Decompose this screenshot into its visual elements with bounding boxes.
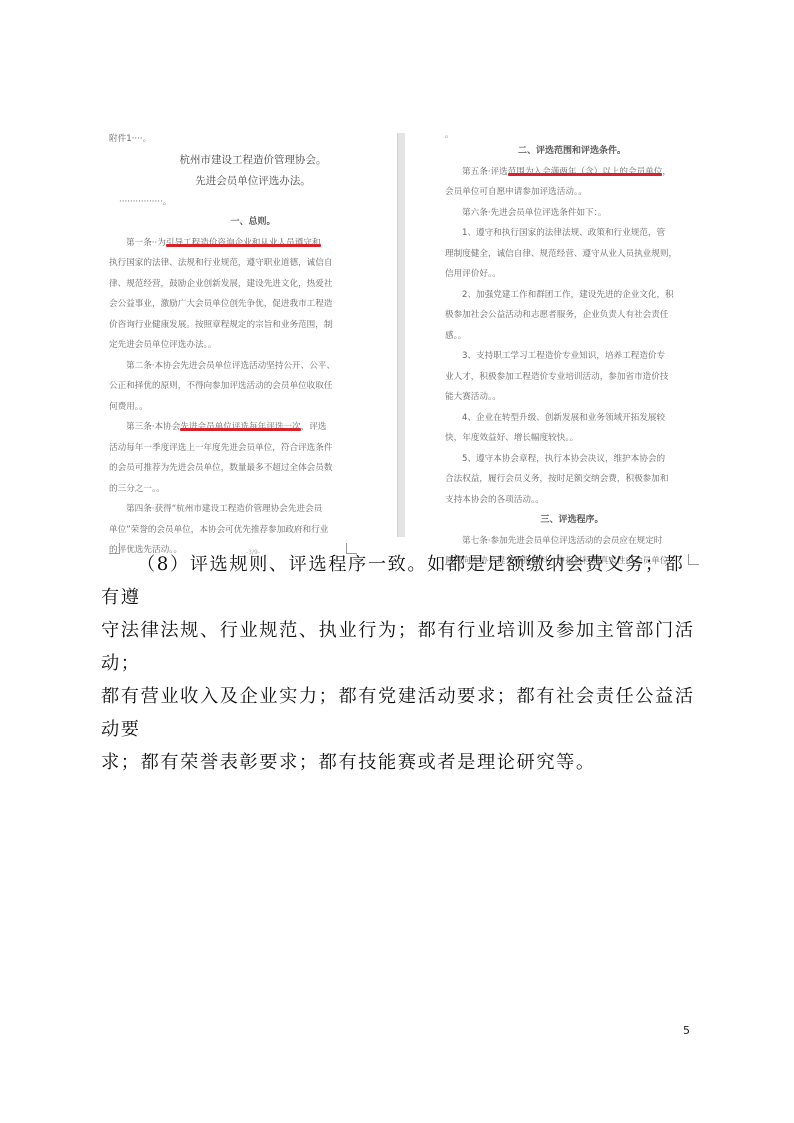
article-6: 第六条·先进会员单位评选条件如下：。 [445, 203, 699, 224]
red-underline-highlight: 范围为入会满两年（含）以上的会员单位 [508, 167, 663, 177]
paragraph-line: 求；都有荣誉表彰要求；都有技能赛或者是理论研究等。 [101, 746, 697, 779]
embedded-document-screenshot: 附件1····。 杭州市建设工程造价管理协会。 先进会员单位评选办法。 ····… [105, 125, 701, 537]
text: 第一条··为 [126, 238, 166, 248]
red-underline-highlight: 引导工程造价咨询企业和从业人员遵守和 [166, 238, 321, 248]
section-general: 一、总则。 [109, 212, 397, 233]
article-3-line1: 第三条·本协会先进会员单位评选每年评选一次，评选 [109, 417, 397, 438]
article-1-line6: 定先进会员单位评选办法。。 [109, 335, 397, 356]
doc-title-line1: 杭州市建设工程造价管理协会。 [109, 150, 397, 171]
article-3-line3: 的会员可推荐为先进会员单位，数量最多不超过全体会员数 [109, 458, 397, 479]
right-document-page: 。 二、评选范围和评选条件。 第五条·评选范围为入会满两年（含）以上的会员单位，… [445, 125, 699, 572]
item-3-line3: 能大赛活动。。 [445, 387, 699, 408]
text: 第五条·评选 [462, 167, 508, 177]
text: 第三条·本协会 [126, 422, 180, 432]
text: ， [662, 167, 671, 177]
article-5-line2: 会员单位可自愿申请参加评选活动。。 [445, 182, 699, 203]
item-3-line2: 业人才，积极参加工程造价专业培训活动，参加省市造价技 [445, 367, 699, 388]
article-4-line1: 第四条·获得“杭州市建设工程造价管理协会先进会员 [109, 499, 397, 520]
page-gap [405, 133, 439, 537]
red-underline-highlight: 先进会员单位评选每年评选一次 [180, 422, 300, 432]
article-2-line2: 公正和择优的原则，不得向参加评选活动的会员单位收取任 [109, 376, 397, 397]
body-paragraph: （8）评选规则、评选程序一致。如都是足额缴纳会费义务；都有遵 守法律法规、行业规… [101, 548, 697, 779]
section-procedure: 三、评选程序。 [445, 510, 699, 531]
item-2-line3: 感。。 [445, 326, 699, 347]
article-1-line3: 律、规范经营，鼓励企业创新发展，建设先进文化，热爱社 [109, 274, 397, 295]
article-5-line1: 第五条·评选范围为入会满两年（含）以上的会员单位， [445, 162, 699, 183]
paragraph-line: （8）评选规则、评选程序一致。如都是足额缴纳会费义务；都有遵 [101, 548, 697, 614]
article-4-line2: 单位”荣誉的会员单位，本协会可优先推荐参加政府和行业 [109, 520, 397, 541]
dots-line: ················。 [109, 192, 397, 213]
item-5-line1: 5、遵守本协会章程，执行本协会决议，维护本协会的 [445, 449, 699, 470]
doc-title-line2: 先进会员单位评选办法。 [109, 171, 397, 192]
item-4-line1: 4、企业在转型升级、创新发展和业务领域开拓发展较 [445, 408, 699, 429]
item-2-line2: 极参加社会公益活动和志愿者服务，企业负责人有社会责任 [445, 305, 699, 326]
paragraph-line: 守法律法规、行业规范、执业行为；都有行业培训及参加主管部门活动； [101, 614, 697, 680]
article-3-line4: 的三分之一。。 [109, 479, 397, 500]
page-number: 5 [683, 1024, 690, 1037]
item-4-line2: 快，年度效益好、增长幅度较快。。 [445, 428, 699, 449]
item-2-line1: 2、加强党建工作和群团工作，建设先进的企业文化，积 [445, 285, 699, 306]
attachment-label: 附件1····。 [109, 129, 397, 150]
article-1-line1: 第一条··为引导工程造价咨询企业和从业人员遵守和 [109, 233, 397, 254]
article-3-line2: 活动每年一季度评选上一年度先进会员单位，符合评选条件 [109, 438, 397, 459]
article-2-line3: 何费用。。 [109, 397, 397, 418]
article-1-line2: 执行国家的法律、法规和行业规范，遵守职业道德，诚信自 [109, 253, 397, 274]
item-1-line3: 信用评价好。。 [445, 264, 699, 285]
item-5-line3: 支持本协会的各项活动。。 [445, 490, 699, 511]
article-2-line1: 第二条·本协会先进会员单位评选活动坚持公开、公平、 [109, 356, 397, 377]
left-document-page: 附件1····。 杭州市建设工程造价管理协会。 先进会员单位评选办法。 ····… [109, 125, 397, 561]
item-3-line1: 3、支持职工学习工程造价专业知识，培养工程造价专 [445, 346, 699, 367]
text: ，评选 [301, 422, 327, 432]
item-1-line2: 理制度健全，诚信自律、规范经营、遵守从业人员执业规则， [445, 244, 699, 265]
paragraph-line: 都有营业收入及企业实力；都有党建活动要求；都有社会责任公益活动要 [101, 680, 697, 746]
article-1-line4: 会公益事业，激励广大会员单位创先争优，促进我市工程造 [109, 294, 397, 315]
section-scope: 二、评选范围和评选条件。 [445, 141, 699, 162]
article-1-line5: 价咨询行业健康发展。按照章程规定的宗旨和业务范围，制 [109, 315, 397, 336]
item-5-line2: 合法权益，履行会员义务，按时足额交纳会费，积极参加和 [445, 469, 699, 490]
paragraph-mark: 。 [445, 129, 699, 141]
item-1-line1: 1、遵守和执行国家的法律法规、政策和行业规范，管 [445, 223, 699, 244]
